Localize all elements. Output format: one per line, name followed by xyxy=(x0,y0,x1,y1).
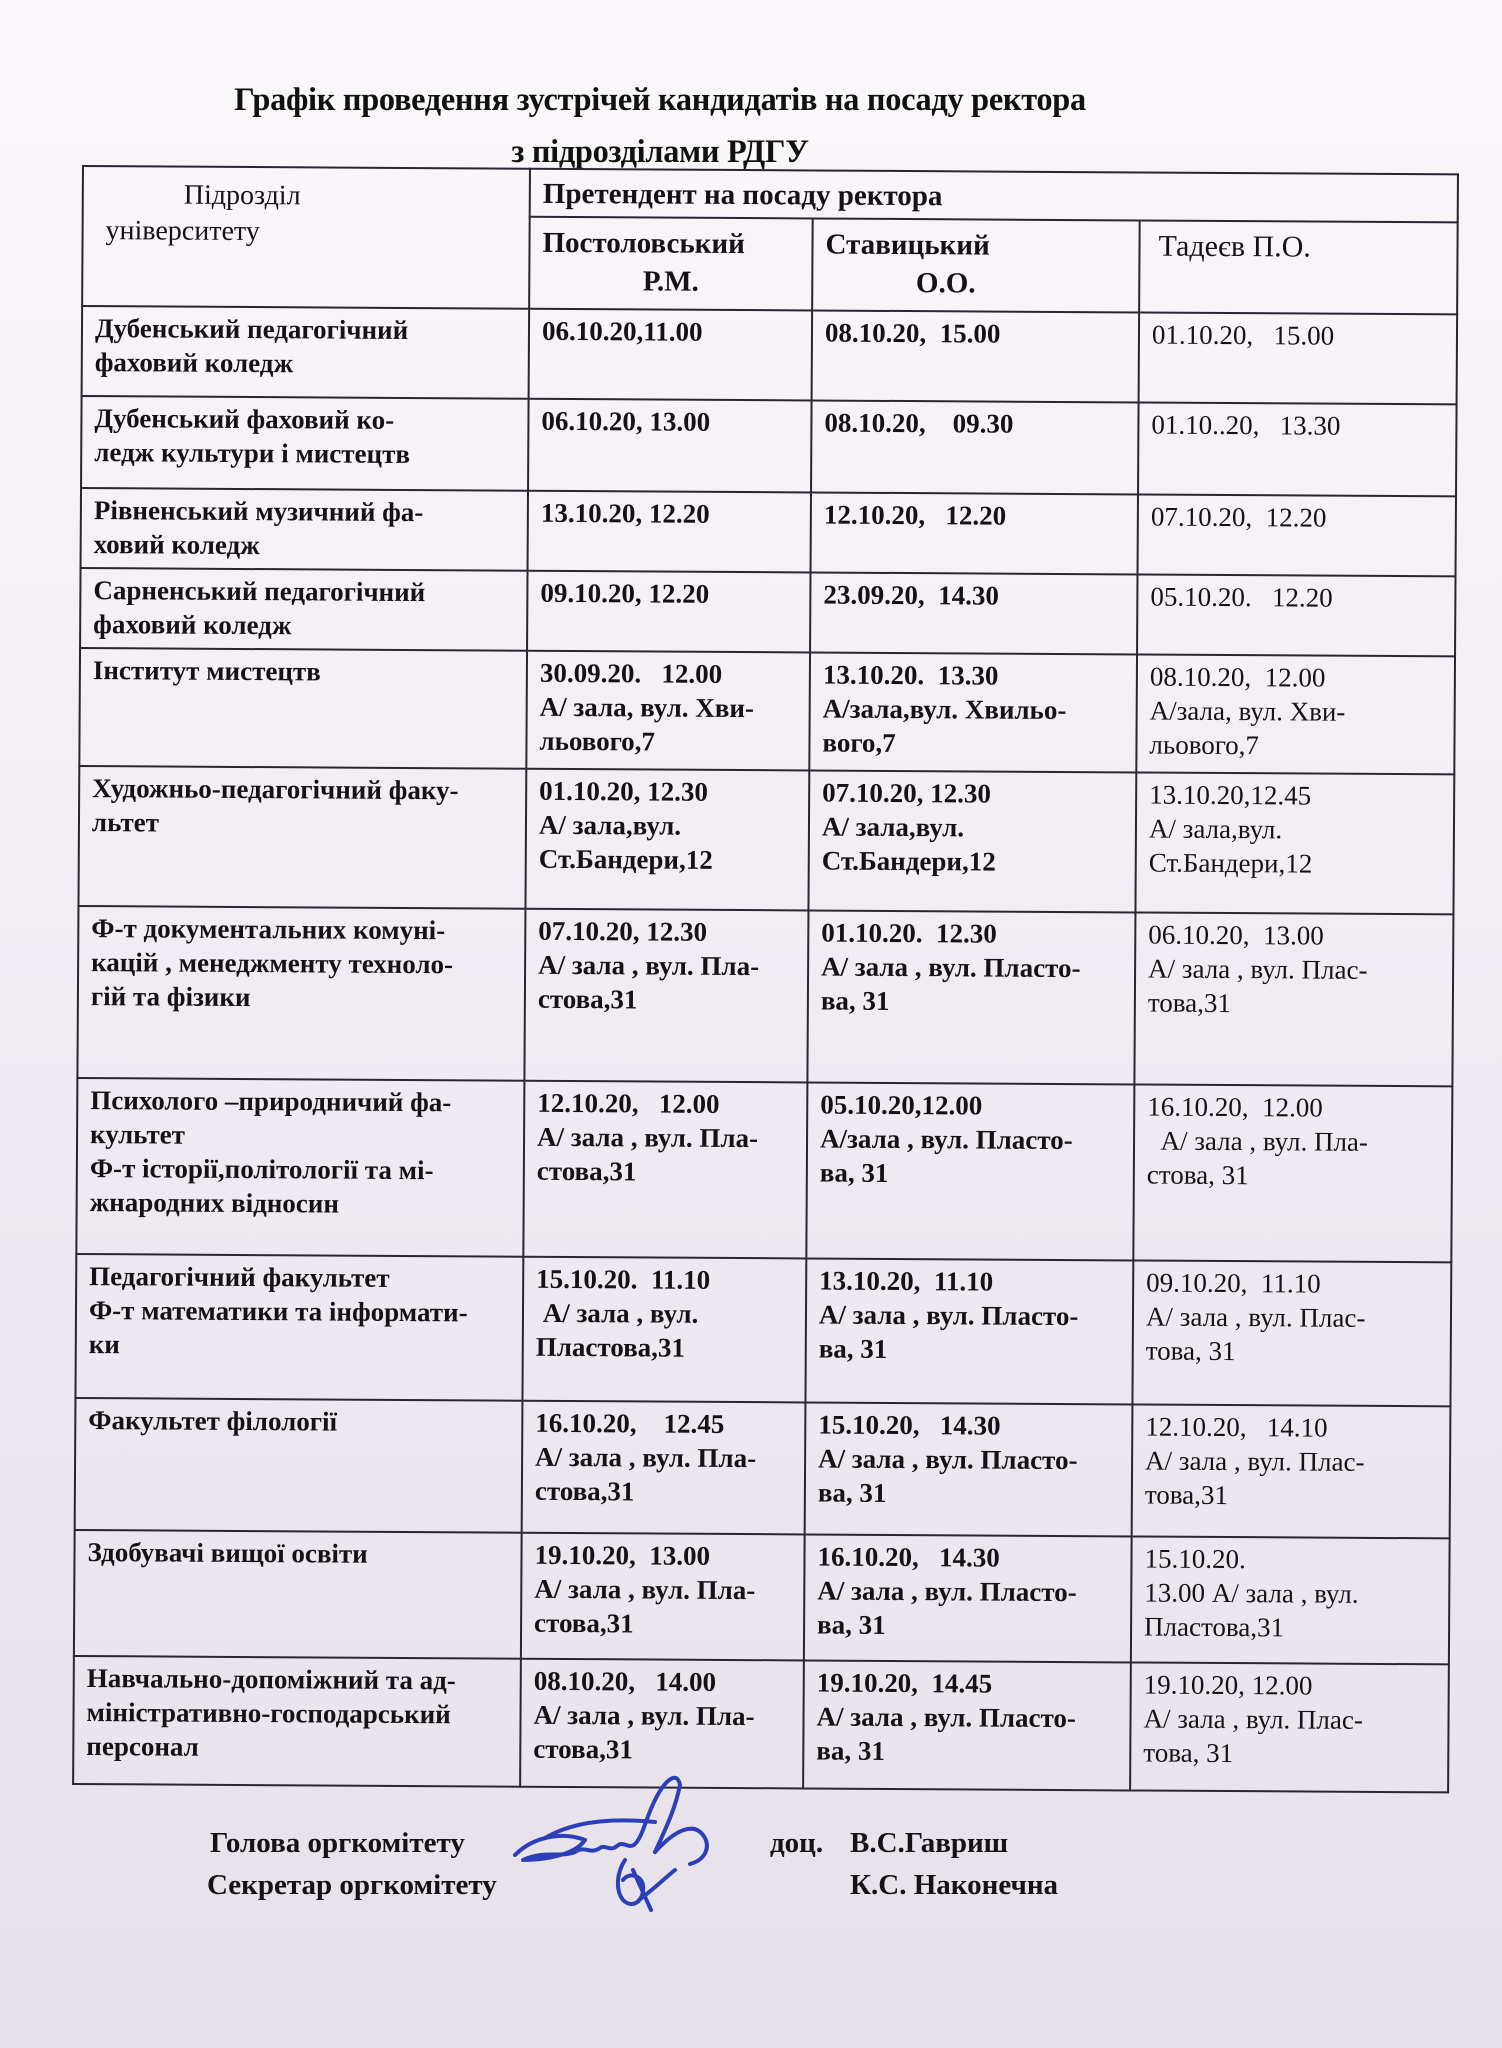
tadeiev-meeting-cell: 06.10.20, 13.00А/ зала , вул. Плас-това,… xyxy=(1134,912,1453,1086)
meeting-location: това, 31 xyxy=(1146,1334,1438,1370)
meeting-datetime: 12.10.20, 12.00 xyxy=(537,1086,794,1122)
unit-name-line: Дубенський фаховий ко- xyxy=(94,401,515,438)
meeting-location: А/ зала , вул. Пла- xyxy=(535,1440,792,1476)
unit-name-line: льтет xyxy=(92,805,513,842)
meeting-location: А/зала,вул. Хвильо- xyxy=(823,692,1124,728)
stavytskyi-meeting-cell: 23.09.20, 14.30 xyxy=(810,572,1137,654)
meeting-location: А/ зала , вул. Плас- xyxy=(1148,952,1440,988)
header-unit: Підрозділ університету xyxy=(82,166,530,309)
unit-name-line: Навчально-допоміжний та ад- xyxy=(87,1661,508,1698)
header-candidate-postolovskyi: Постоловський Р.М. xyxy=(529,217,813,311)
tadeiev-meeting-cell: 19.10.20, 12.00А/ зала , вул. Плас-това,… xyxy=(1130,1662,1449,1792)
unit-cell: Інститут мистецтв xyxy=(79,648,527,769)
title-line-1: Графік проведення зустрічей кандидатів н… xyxy=(234,82,1086,118)
meeting-location: стова,31 xyxy=(535,1474,792,1510)
meeting-location: Ст.Бандери,12 xyxy=(539,842,796,878)
unit-name-line: Ф-т історії,політології та мі- xyxy=(90,1151,511,1188)
unit-cell: Сарненський педагогічнийфаховий коледж xyxy=(80,568,527,651)
stavytskyi-meeting-cell: 13.10.20, 11.10А/ зала , вул. Пласто-ва,… xyxy=(805,1258,1133,1404)
meeting-location: А/ зала , вул. Пла- xyxy=(1147,1124,1439,1160)
stavytskyi-meeting-cell: 12.10.20, 12.20 xyxy=(811,492,1138,574)
meeting-location: А/ зала , вул. Плас- xyxy=(1143,1702,1435,1738)
meeting-datetime: 15.10.20. xyxy=(1144,1542,1436,1578)
meeting-datetime: 09.10.20, 11.10 xyxy=(1146,1266,1438,1302)
unit-name-line: ховий коледж xyxy=(94,527,515,564)
table-row: Факультет філології16.10.20, 12.45А/ зал… xyxy=(75,1398,1451,1538)
candidate-1-initials: Р.М. xyxy=(542,262,799,302)
meeting-datetime: 19.10.20, 12.00 xyxy=(1144,1668,1436,1704)
table-row: Педагогічний факультетФ-т математики та … xyxy=(75,1254,1451,1406)
meeting-location: А/ зала , вул. Пласто- xyxy=(816,1700,1117,1736)
header-pretender: Претендент на посаду ректора xyxy=(530,169,1458,223)
unit-name-line: жнародних відносин xyxy=(90,1185,511,1222)
meeting-datetime: 01.10..20, 13.30 xyxy=(1151,408,1443,444)
meeting-location: ва, 31 xyxy=(818,1476,1119,1512)
unit-cell: Дубенський фаховий ко-ледж культури і ми… xyxy=(81,396,529,491)
meeting-location: Пластова,31 xyxy=(536,1330,793,1366)
unit-name-line: Художньо-педагогічний факу- xyxy=(92,771,513,808)
meeting-location: стова,31 xyxy=(534,1606,791,1642)
stavytskyi-meeting-cell: 19.10.20, 14.45А/ зала , вул. Пласто-ва,… xyxy=(803,1660,1131,1790)
unit-name-line: Ф-т документальних комуні- xyxy=(91,911,512,948)
stavytskyi-meeting-cell: 01.10.20. 12.30А/ зала , вул. Пласто-ва,… xyxy=(807,910,1135,1084)
table-row: Здобувачі вищої освіти19.10.20, 13.00А/ … xyxy=(74,1530,1450,1664)
meeting-datetime: 16.10.20, 12.00 xyxy=(1147,1090,1439,1126)
meeting-location: това, 31 xyxy=(1143,1736,1435,1772)
tadeiev-meeting-cell: 09.10.20, 11.10А/ зала , вул. Плас-това,… xyxy=(1132,1260,1451,1406)
meeting-location: А/зала, вул. Хви- xyxy=(1150,694,1442,730)
meeting-datetime: 09.10.20, 12.20 xyxy=(540,576,797,612)
table-row: Інститут мистецтв30.09.20. 12.00А/ зала,… xyxy=(79,648,1455,774)
meeting-datetime: 01.10.20. 12.30 xyxy=(821,916,1122,952)
meeting-location: А/ зала , вул. Пласто- xyxy=(818,1442,1119,1478)
meeting-datetime: 08.10.20, 09.30 xyxy=(824,406,1125,442)
postolovskyi-meeting-cell: 15.10.20. 11.10 А/ зала , вул.Пластова,3… xyxy=(522,1257,806,1403)
unit-name-line: Дубенський педагогічний xyxy=(95,311,516,348)
chair-academic-title: доц. xyxy=(770,1822,823,1864)
table-row: Сарненський педагогічнийфаховий коледж09… xyxy=(80,568,1455,656)
tadeiev-meeting-cell: 01.10..20, 13.30 xyxy=(1138,402,1457,496)
meeting-location: ва, 31 xyxy=(817,1608,1118,1644)
stavytskyi-meeting-cell: 07.10.20, 12.30А/ зала,вул.Ст.Бандери,12 xyxy=(808,770,1136,912)
meeting-location: А/ зала , вул. Пласто- xyxy=(819,1298,1120,1334)
candidate-3-name: Тадеєв П.О. xyxy=(1158,228,1444,268)
unit-name-line: Рівненський музичний фа- xyxy=(94,493,515,530)
postolovskyi-meeting-cell: 06.10.20,11.00 xyxy=(529,309,813,401)
meeting-location: Пластова,31 xyxy=(1144,1610,1436,1646)
meeting-datetime: 06.10.20, 13.00 xyxy=(541,404,798,440)
meeting-location: А/ зала , вул. Пласто- xyxy=(821,950,1122,986)
postolovskyi-meeting-cell: 16.10.20, 12.45А/ зала , вул. Пла-стова,… xyxy=(522,1401,806,1535)
meeting-datetime: 06.10.20,11.00 xyxy=(542,314,799,350)
chair-name: В.С.Гавриш xyxy=(850,1822,1008,1864)
meeting-location: А/ зала,вул. xyxy=(1149,812,1441,848)
meeting-datetime: 30.09.20. 12.00 xyxy=(540,656,797,692)
meeting-schedule-table: Підрозділ університету Претендент на пос… xyxy=(72,165,1459,1793)
unit-cell: Факультет філології xyxy=(75,1398,523,1533)
unit-name-line: Ф-т математики та інформати- xyxy=(89,1293,510,1330)
secretary-row: Секретар оргкомітету К.С. Наконечна xyxy=(210,1864,1110,1906)
meeting-location: А/ зала, вул. Хви- xyxy=(540,690,797,726)
secretary-name: К.С. Наконечна xyxy=(850,1864,1058,1906)
meeting-datetime: 19.10.20, 13.00 xyxy=(534,1538,791,1574)
meeting-datetime: 13.10.20,12.45 xyxy=(1149,778,1441,814)
meeting-datetime: 08.10.20, 15.00 xyxy=(825,316,1126,352)
meeting-datetime: 05.10.20,12.00 xyxy=(820,1088,1121,1124)
stavytskyi-meeting-cell: 08.10.20, 09.30 xyxy=(811,400,1139,494)
stavytskyi-meeting-cell: 08.10.20, 15.00 xyxy=(812,310,1140,402)
schedule-body: Дубенський педагогічнийфаховий коледж06.… xyxy=(73,306,1457,1792)
unit-name-line: персонал xyxy=(86,1729,507,1766)
header-unit-line-1: Підрозділ xyxy=(96,177,517,216)
meeting-location: ва, 31 xyxy=(816,1734,1117,1770)
unit-cell: Рівненський музичний фа-ховий коледж xyxy=(81,488,528,571)
meeting-location: това,31 xyxy=(1145,1478,1437,1514)
unit-name-line: Сарненський педагогічний xyxy=(93,573,514,610)
secretary-role: Секретар оргкомітету xyxy=(207,1864,497,1906)
stavytskyi-meeting-cell: 15.10.20, 14.30А/ зала , вул. Пласто-ва,… xyxy=(805,1402,1133,1536)
meeting-location: А/ зала , вул. Плас- xyxy=(1145,1444,1437,1480)
stavytskyi-meeting-cell: 16.10.20, 14.30А/ зала , вул. Пласто-ва,… xyxy=(804,1534,1132,1662)
meeting-datetime: 05.10.20. 12.20 xyxy=(1150,580,1442,616)
meeting-datetime: 01.10.20, 12.30 xyxy=(539,774,796,810)
tadeiev-meeting-cell: 08.10.20, 12.00А/зала, вул. Хви-льового,… xyxy=(1136,654,1455,774)
meeting-location: стова,31 xyxy=(538,982,795,1018)
unit-cell: Дубенський педагогічнийфаховий коледж xyxy=(82,306,530,399)
table-row: Рівненський музичний фа-ховий коледж13.1… xyxy=(81,488,1456,576)
meeting-location: льового,7 xyxy=(539,724,796,760)
meeting-datetime: 13.10.20, 11.10 xyxy=(819,1264,1120,1300)
postolovskyi-meeting-cell: 13.10.20, 12.20 xyxy=(528,491,811,573)
unit-name-line: фаховий коледж xyxy=(93,607,514,644)
stavytskyi-meeting-cell: 05.10.20,12.00А/зала , вул. Пласто-ва, 3… xyxy=(806,1082,1134,1260)
meeting-datetime: 12.10.20, 12.20 xyxy=(824,498,1125,534)
table-row: Ф-т документальних комуні-кацій , менедж… xyxy=(77,906,1453,1086)
meeting-location: А/ зала , вул. Плас- xyxy=(1146,1300,1438,1336)
postolovskyi-meeting-cell: 12.10.20, 12.00А/ зала , вул. Пла-стова,… xyxy=(523,1081,807,1259)
document-title: Графік проведення зустрічей кандидатів н… xyxy=(160,74,1160,178)
meeting-datetime: 07.10.20, 12.30 xyxy=(538,914,795,950)
table-row: Дубенський педагогічнийфаховий коледж06.… xyxy=(82,306,1458,404)
meeting-location: Ст.Бандери,12 xyxy=(1149,846,1441,882)
unit-name-line: кацій , менеджменту техноло- xyxy=(91,945,512,982)
meeting-location: А/ зала , вул. Пла- xyxy=(538,948,795,984)
candidate-2-surname: Ставицький xyxy=(825,226,1126,266)
table-row: Психолого –природничий фа-культетФ-т іст… xyxy=(76,1078,1452,1262)
meeting-datetime: 01.10.20, 15.00 xyxy=(1152,318,1444,354)
postolovskyi-meeting-cell: 30.09.20. 12.00А/ зала, вул. Хви-льового… xyxy=(526,651,810,771)
meeting-location: А/ зала,вул. xyxy=(822,810,1123,846)
tadeiev-meeting-cell: 16.10.20, 12.00 А/ зала , вул. Пла-стова… xyxy=(1133,1084,1452,1262)
tadeiev-meeting-cell: 12.10.20, 14.10А/ зала , вул. Плас-това,… xyxy=(1132,1404,1451,1538)
meeting-location: Ст.Бандери,12 xyxy=(822,844,1123,880)
meeting-datetime: 15.10.20, 14.30 xyxy=(818,1408,1119,1444)
unit-name-line: міністративно-господарський xyxy=(86,1695,507,1732)
unit-name-line: ки xyxy=(89,1327,510,1364)
unit-name-line: Психолого –природничий фа- xyxy=(90,1083,511,1120)
unit-name-line: Здобувачі вищої освіти xyxy=(87,1535,508,1572)
meeting-datetime: 06.10.20, 13.00 xyxy=(1148,918,1440,954)
meeting-location: А/ зала , вул. Пла- xyxy=(534,1572,791,1608)
postolovskyi-meeting-cell: 06.10.20, 13.00 xyxy=(528,399,812,493)
unit-cell: Художньо-педагогічний факу-льтет xyxy=(78,766,526,909)
postolovskyi-meeting-cell: 01.10.20, 12.30А/ зала,вул.Ст.Бандери,12 xyxy=(525,769,809,911)
unit-cell: Здобувачі вищої освіти xyxy=(74,1530,522,1659)
tadeiev-meeting-cell: 15.10.20.13.00 А/ зала , вул.Пластова,31 xyxy=(1131,1536,1450,1664)
meeting-datetime: 16.10.20, 12.45 xyxy=(535,1406,792,1442)
meeting-location: А/ зала , вул. xyxy=(536,1296,793,1332)
header-candidate-stavytskyi: Ставицький О.О. xyxy=(812,218,1140,312)
candidate-2-initials: О.О. xyxy=(825,264,1126,304)
meeting-location: ва, 31 xyxy=(820,1156,1121,1192)
meeting-location: А/зала , вул. Пласто- xyxy=(820,1122,1121,1158)
unit-name-line: фаховий коледж xyxy=(95,345,516,382)
unit-cell: Ф-т документальних комуні-кацій , менедж… xyxy=(77,906,525,1081)
unit-name-line: гій та фізики xyxy=(91,979,512,1016)
meeting-datetime: 07.10.20, 12.30 xyxy=(822,776,1123,812)
tadeiev-meeting-cell: 07.10.20, 12.20 xyxy=(1138,494,1457,576)
table-row: Дубенський фаховий ко-ледж культури і ми… xyxy=(81,396,1457,496)
unit-name-line: ледж культури і мистецтв xyxy=(94,435,515,472)
meeting-datetime: 08.10.20, 12.00 xyxy=(1150,660,1442,696)
meeting-datetime: 07.10.20, 12.20 xyxy=(1151,500,1443,536)
unit-cell: Педагогічний факультетФ-т математики та … xyxy=(75,1254,523,1401)
chair-role: Голова оргкомітету xyxy=(210,1822,465,1864)
signatures-block: Голова оргкомітету доц. В.С.Гавриш Секре… xyxy=(210,1822,1110,1906)
stavytskyi-meeting-cell: 13.10.20. 13.30А/зала,вул. Хвильо-вого,7 xyxy=(809,652,1137,772)
meeting-datetime: 13.10.20. 13.30 xyxy=(823,658,1124,694)
meeting-location: ва, 31 xyxy=(821,984,1122,1020)
meeting-location: А/ зала , вул. Пла- xyxy=(537,1120,794,1156)
meeting-location: А/ зала , вул. Пла- xyxy=(533,1698,790,1734)
meeting-datetime: 15.10.20. 11.10 xyxy=(536,1262,793,1298)
meeting-location: стова,31 xyxy=(537,1154,794,1190)
meeting-location: А/ зала,вул. xyxy=(539,808,796,844)
meeting-datetime: 08.10.20, 14.00 xyxy=(534,1664,791,1700)
postolovskyi-meeting-cell: 09.10.20, 12.20 xyxy=(527,571,810,653)
tadeiev-meeting-cell: 13.10.20,12.45А/ зала,вул.Ст.Бандери,12 xyxy=(1135,772,1454,914)
table-row: Навчально-допоміжний та ад-міністративно… xyxy=(73,1656,1449,1792)
meeting-datetime: 12.10.20, 14.10 xyxy=(1145,1410,1437,1446)
meeting-location: вого,7 xyxy=(822,726,1123,762)
meeting-location: стова, 31 xyxy=(1147,1158,1439,1194)
unit-cell: Психолого –природничий фа-культетФ-т іст… xyxy=(76,1078,524,1257)
header-candidate-tadeiev: Тадеєв П.О. xyxy=(1139,220,1458,314)
meeting-datetime: 23.09.20, 14.30 xyxy=(823,578,1124,614)
unit-name-line: культет xyxy=(90,1117,511,1154)
document-page: Графік проведення зустрічей кандидатів н… xyxy=(0,0,1502,2048)
meeting-location: това,31 xyxy=(1148,986,1440,1022)
meeting-location: льового,7 xyxy=(1149,728,1441,764)
table-row: Художньо-педагогічний факу-льтет01.10.20… xyxy=(78,766,1454,914)
meeting-datetime: 13.10.20, 12.20 xyxy=(541,496,798,532)
tadeiev-meeting-cell: 05.10.20. 12.20 xyxy=(1137,574,1456,656)
header-unit-line-2: університету xyxy=(95,213,516,252)
tadeiev-meeting-cell: 01.10.20, 15.00 xyxy=(1139,312,1458,404)
unit-name-line: Факультет філології xyxy=(88,1403,509,1440)
meeting-datetime: 16.10.20, 14.30 xyxy=(817,1540,1118,1576)
candidate-1-surname: Постоловський xyxy=(542,224,799,264)
unit-name-line: Педагогічний факультет xyxy=(89,1259,510,1296)
unit-name-line: Інститут мистецтв xyxy=(93,653,514,690)
meeting-location: А/ зала , вул. Пласто- xyxy=(817,1574,1118,1610)
chair-row: Голова оргкомітету доц. В.С.Гавриш xyxy=(210,1822,1110,1864)
unit-cell: Навчально-допоміжний та ад-міністративно… xyxy=(73,1656,521,1787)
postolovskyi-meeting-cell: 07.10.20, 12.30А/ зала , вул. Пла-стова,… xyxy=(524,909,808,1083)
meeting-location: 13.00 А/ зала , вул. xyxy=(1144,1576,1436,1612)
meeting-datetime: 19.10.20, 14.45 xyxy=(817,1666,1118,1702)
postolovskyi-meeting-cell: 19.10.20, 13.00А/ зала , вул. Пла-стова,… xyxy=(521,1533,805,1661)
meeting-location: ва, 31 xyxy=(819,1332,1120,1368)
